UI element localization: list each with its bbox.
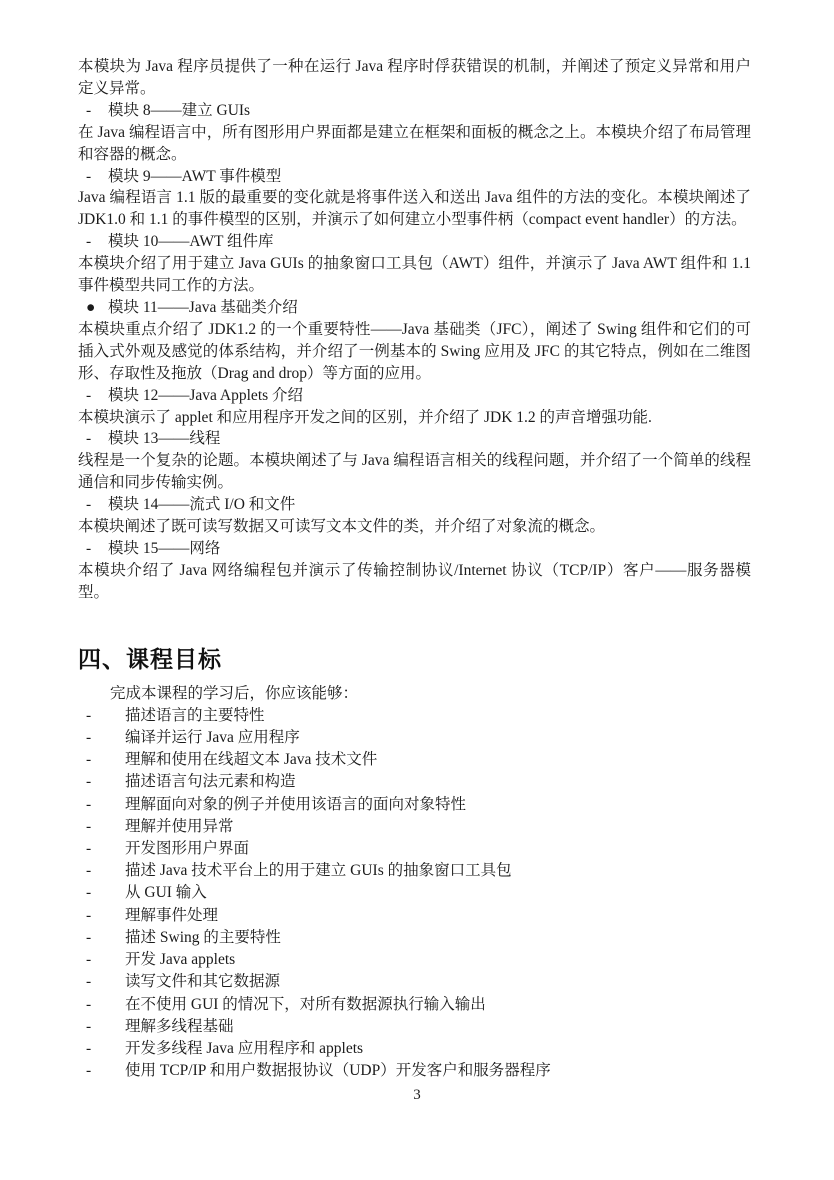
objective-label: 开发图形用户界面: [125, 838, 751, 860]
bullet-marker: -: [78, 1016, 125, 1038]
bullet-marker: -: [78, 882, 125, 904]
objective-label: 开发 Java applets: [125, 949, 751, 971]
bullet-marker: -: [78, 971, 125, 993]
module-bullet-item: - 模块 8——建立 GUIs: [78, 100, 751, 122]
bullet-marker: -: [78, 905, 125, 927]
module-paragraph: 本模块为 Java 程序员提供了一种在运行 Java 程序时俘获错误的机制，并阐…: [78, 56, 751, 100]
bullet-marker: -: [78, 949, 125, 971]
objectives-list: - 描述语言的主要特性 - 编译并运行 Java 应用程序 - 理解和使用在线超…: [78, 705, 751, 1082]
objective-label: 开发多线程 Java 应用程序和 applets: [125, 1038, 751, 1060]
objective-item: - 在不使用 GUI 的情况下，对所有数据源执行输入输出: [78, 994, 751, 1016]
bullet-marker: -: [78, 100, 108, 122]
objective-item: - 描述 Swing 的主要特性: [78, 927, 751, 949]
objective-item: - 理解和使用在线超文本 Java 技术文件: [78, 749, 751, 771]
objective-label: 描述语言句法元素和构造: [125, 771, 751, 793]
bullet-marker: -: [78, 385, 108, 407]
objective-label: 描述 Java 技术平台上的用于建立 GUIs 的抽象窗口工具包: [125, 860, 751, 882]
module-paragraph: 本模块介绍了用于建立 Java GUIs 的抽象窗口工具包（AWT）组件，并演示…: [78, 253, 751, 297]
bullet-marker: -: [78, 860, 125, 882]
objective-item: - 理解并使用异常: [78, 816, 751, 838]
module-paragraph: 在 Java 编程语言中，所有图形用户界面都是建立在框架和面板的概念之上。本模块…: [78, 122, 751, 166]
bullet-marker: -: [78, 428, 108, 450]
bullet-marker: -: [78, 705, 125, 727]
bullet-marker: -: [78, 927, 125, 949]
page-content: 本模块为 Java 程序员提供了一种在运行 Java 程序时俘获错误的机制，并阐…: [78, 56, 751, 1082]
document-page: 本模块为 Java 程序员提供了一种在运行 Java 程序时俘获错误的机制，并阐…: [0, 0, 834, 1180]
objective-item: - 读写文件和其它数据源: [78, 971, 751, 993]
objective-item: - 理解面向对象的例子并使用该语言的面向对象特性: [78, 794, 751, 816]
bullet-marker: -: [78, 727, 125, 749]
objective-label: 在不使用 GUI 的情况下，对所有数据源执行输入输出: [125, 994, 751, 1016]
module-bullet-label: 模块 9——AWT 事件模型: [108, 166, 751, 188]
objective-item: - 从 GUI 输入: [78, 882, 751, 904]
objective-label: 描述 Swing 的主要特性: [125, 927, 751, 949]
objective-label: 理解面向对象的例子并使用该语言的面向对象特性: [125, 794, 751, 816]
objective-label: 理解多线程基础: [125, 1016, 751, 1038]
objective-label: 读写文件和其它数据源: [125, 971, 751, 993]
objective-item: - 开发 Java applets: [78, 949, 751, 971]
module-paragraph: 本模块演示了 applet 和应用程序开发之间的区别，并介绍了 JDK 1.2 …: [78, 407, 751, 429]
objective-label: 编译并运行 Java 应用程序: [125, 727, 751, 749]
bullet-marker: -: [78, 494, 108, 516]
objectives-intro: 完成本课程的学习后，你应该能够：: [110, 683, 751, 705]
disc-bullet-marker: ●: [78, 297, 108, 319]
objective-item: - 开发多线程 Java 应用程序和 applets: [78, 1038, 751, 1060]
module-bullet-item: - 模块 12——Java Applets 介绍: [78, 385, 751, 407]
objective-label: 理解事件处理: [125, 905, 751, 927]
module-bullet-label: 模块 8——建立 GUIs: [108, 100, 751, 122]
bullet-marker: -: [78, 838, 125, 860]
objective-label: 理解并使用异常: [125, 816, 751, 838]
module-bullet-item: - 模块 13——线程: [78, 428, 751, 450]
modules-section: 本模块为 Java 程序员提供了一种在运行 Java 程序时俘获错误的机制，并阐…: [78, 56, 751, 604]
objective-label: 从 GUI 输入: [125, 882, 751, 904]
module-bullet-label: 模块 10——AWT 组件库: [108, 231, 751, 253]
bullet-marker: -: [78, 538, 108, 560]
bullet-marker: -: [78, 166, 108, 188]
objective-item: - 理解多线程基础: [78, 1016, 751, 1038]
objective-label: 使用 TCP/IP 和用户数据报协议（UDP）开发客户和服务器程序: [125, 1060, 751, 1082]
bullet-marker: -: [78, 231, 108, 253]
objective-item: - 描述语言句法元素和构造: [78, 771, 751, 793]
bullet-marker: -: [78, 794, 125, 816]
module-bullet-label: 模块 12——Java Applets 介绍: [108, 385, 751, 407]
module-paragraph: 线程是一个复杂的论题。本模块阐述了与 Java 编程语言相关的线程问题，并介绍了…: [78, 450, 751, 494]
bullet-marker: -: [78, 994, 125, 1016]
bullet-marker: -: [78, 1038, 125, 1060]
bullet-marker: -: [78, 771, 125, 793]
objective-label: 描述语言的主要特性: [125, 705, 751, 727]
bullet-marker: -: [78, 749, 125, 771]
module-paragraph: Java 编程语言 1.1 版的最重要的变化就是将事件送入和送出 Java 组件…: [78, 187, 751, 231]
objective-label: 理解和使用在线超文本 Java 技术文件: [125, 749, 751, 771]
module-bullet-label: 模块 15——网络: [108, 538, 751, 560]
module-bullet-label: 模块 14——流式 I/O 和文件: [108, 494, 751, 516]
objective-item: - 使用 TCP/IP 和用户数据报协议（UDP）开发客户和服务器程序: [78, 1060, 751, 1082]
module-bullet-label: 模块 13——线程: [108, 428, 751, 450]
objective-item: - 理解事件处理: [78, 905, 751, 927]
module-bullet-item: - 模块 10——AWT 组件库: [78, 231, 751, 253]
page-number: 3: [0, 1087, 834, 1104]
module-paragraph: 本模块重点介绍了 JDK1.2 的一个重要特性——Java 基础类（JFC），阐…: [78, 319, 751, 385]
module-bullet-label: 模块 11——Java 基础类介绍: [108, 297, 751, 319]
module-bullet-item: ● 模块 11——Java 基础类介绍: [78, 297, 751, 319]
bullet-marker: -: [78, 816, 125, 838]
objective-item: - 描述 Java 技术平台上的用于建立 GUIs 的抽象窗口工具包: [78, 860, 751, 882]
objective-item: - 描述语言的主要特性: [78, 705, 751, 727]
module-bullet-item: - 模块 9——AWT 事件模型: [78, 166, 751, 188]
objective-item: - 开发图形用户界面: [78, 838, 751, 860]
module-paragraph: 本模块介绍了 Java 网络编程包并演示了传输控制协议/Internet 协议（…: [78, 560, 751, 604]
objective-item: - 编译并运行 Java 应用程序: [78, 727, 751, 749]
bullet-marker: -: [78, 1060, 125, 1082]
module-bullet-item: - 模块 14——流式 I/O 和文件: [78, 494, 751, 516]
section-heading: 四、课程目标: [78, 641, 751, 674]
module-bullet-item: - 模块 15——网络: [78, 538, 751, 560]
module-paragraph: 本模块阐述了既可读写数据又可读写文本文件的类，并介绍了对象流的概念。: [78, 516, 751, 538]
